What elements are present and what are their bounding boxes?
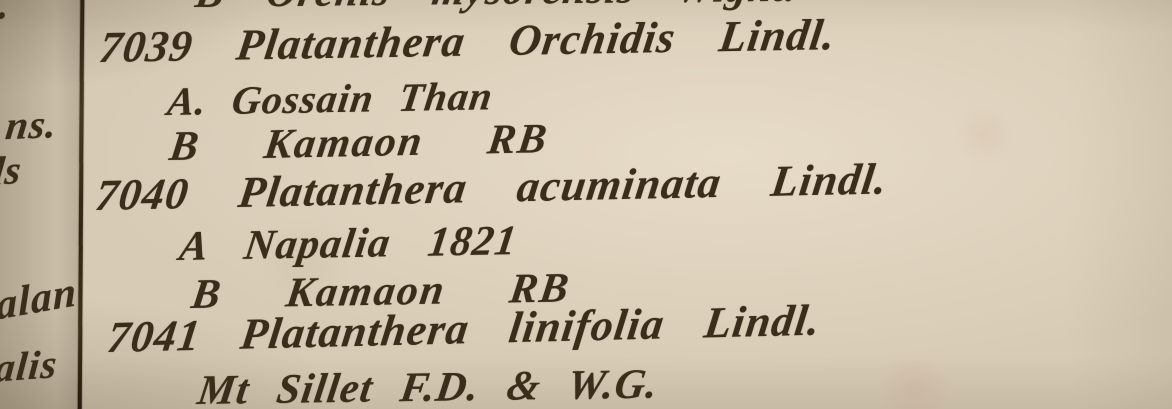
margin-fragment: dalis <box>0 344 59 390</box>
margin-fragment: Palan <box>0 271 77 332</box>
locality-line-a-gossain-than: A. Gossain Than <box>165 76 496 122</box>
entry-line-7039: 7039 Platanthera Orchidis Lindl. <box>97 13 839 70</box>
locality-line-b-kamaon-1: B Kamaon RB <box>167 118 551 168</box>
margin-fragment: d. <box>0 0 13 26</box>
column-rule-line <box>78 0 85 409</box>
margin-fragment: ds <box>0 150 24 192</box>
locality-line-a-napalia: A Napalia 1821 <box>177 220 520 268</box>
margin-fragment: ns. <box>4 104 60 146</box>
manuscript-page: d. ns. ds Palan dalis B Orchis mysorensi… <box>0 0 1172 409</box>
line-partial-bottom: Mt Sillet F.D. & W.G. <box>195 364 661 409</box>
